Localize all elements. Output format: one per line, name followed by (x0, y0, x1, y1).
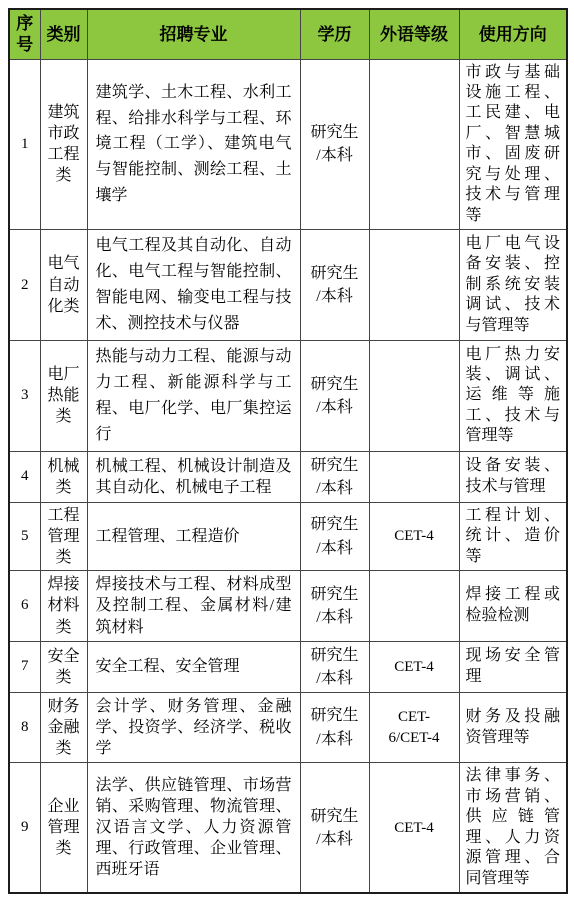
table-row: 4 机械类 机械工程、机械设计制造及其自动化、机械电子工程 研究生 /本科 设备… (9, 451, 567, 502)
header-category: 类别 (40, 9, 87, 59)
cell-language-level (369, 571, 459, 641)
cell-direction: 工程计划、统计、造价等 (459, 502, 567, 570)
table-row: 2 电气自动化类 电气工程及其自动化、自动化、电气工程与智能控制、智能电网、输变… (9, 230, 567, 341)
cell-education: 研究生 /本科 (300, 641, 369, 692)
cell-serial-number: 5 (9, 502, 40, 570)
cell-language-level (369, 451, 459, 502)
cell-serial-number: 8 (9, 692, 40, 762)
cell-direction: 设备安装、技术与管理 (459, 451, 567, 502)
cell-education: 研究生 /本科 (300, 692, 369, 762)
header-education: 学历 (300, 9, 369, 59)
cell-majors: 热能与动力工程、能源与动力工程、新能源科学与工程、电厂化学、电厂集控运行 (87, 340, 300, 451)
cell-majors: 电气工程及其自动化、自动化、电气工程与智能控制、智能电网、输变电工程与技术、测控… (87, 230, 300, 341)
table-body: 1 建筑市政工程类 建筑学、土木工程、水利工程、给排水科学与工程、环境工程（工学… (9, 59, 567, 893)
recruitment-table-page: 序号 类别 招聘专业 学历 外语等级 使用方向 1 建筑市政工程类 建筑学、土木… (0, 0, 574, 898)
cell-category: 电厂热能类 (40, 340, 87, 451)
cell-serial-number: 1 (9, 59, 40, 230)
cell-category: 建筑市政工程类 (40, 59, 87, 230)
cell-education: 研究生 /本科 (300, 502, 369, 570)
cell-majors: 建筑学、土木工程、水利工程、给排水科学与工程、环境工程（工学）、建筑电气与智能控… (87, 59, 300, 230)
cell-majors: 法学、供应链管理、市场营销、采购管理、物流管理、汉语言文学、人力资源管理、行政管… (87, 763, 300, 893)
cell-direction: 电厂热力安装、调试、运维等施工、技术与管理等 (459, 340, 567, 451)
cell-category: 焊接材料类 (40, 571, 87, 641)
cell-majors: 机械工程、机械设计制造及其自动化、机械电子工程 (87, 451, 300, 502)
table-row: 8 财务金融类 会计学、财务管理、金融学、投资学、经济学、税收学 研究生 /本科… (9, 692, 567, 762)
cell-education: 研究生 /本科 (300, 451, 369, 502)
cell-direction: 法律事务、市场营销、供应链管理、人力资源管理、合同管理等 (459, 763, 567, 893)
recruitment-table: 序号 类别 招聘专业 学历 外语等级 使用方向 1 建筑市政工程类 建筑学、土木… (8, 8, 568, 894)
cell-education: 研究生 /本科 (300, 340, 369, 451)
table-header: 序号 类别 招聘专业 学历 外语等级 使用方向 (9, 9, 567, 59)
cell-category: 电气自动化类 (40, 230, 87, 341)
cell-language-level: CET-4 (369, 641, 459, 692)
cell-serial-number: 7 (9, 641, 40, 692)
cell-category: 企业管理类 (40, 763, 87, 893)
header-majors: 招聘专业 (87, 9, 300, 59)
table-row: 6 焊接材料类 焊接技术与工程、材料成型及控制工程、金属材料/建筑材料 研究生 … (9, 571, 567, 641)
cell-language-level: CET- 6/CET-4 (369, 692, 459, 762)
cell-category: 工程管理类 (40, 502, 87, 570)
table-row: 7 安全类 安全工程、安全管理 研究生 /本科 CET-4 现场安全管理 (9, 641, 567, 692)
cell-direction: 电厂电气设备安装、控制系统安装调试、技术与管理等 (459, 230, 567, 341)
cell-direction: 焊接工程或检验检测 (459, 571, 567, 641)
cell-education: 研究生 /本科 (300, 763, 369, 893)
cell-language-level (369, 59, 459, 230)
page: { "colors": { "header_bg": "#8dc63f", "b… (0, 0, 574, 898)
cell-language-level (369, 230, 459, 341)
cell-language-level: CET-4 (369, 763, 459, 893)
cell-majors: 焊接技术与工程、材料成型及控制工程、金属材料/建筑材料 (87, 571, 300, 641)
cell-category: 机械类 (40, 451, 87, 502)
cell-language-level: CET-4 (369, 502, 459, 570)
cell-direction: 财务及投融资管理等 (459, 692, 567, 762)
header-row: 序号 类别 招聘专业 学历 外语等级 使用方向 (9, 9, 567, 59)
table-row: 1 建筑市政工程类 建筑学、土木工程、水利工程、给排水科学与工程、环境工程（工学… (9, 59, 567, 230)
cell-education: 研究生 /本科 (300, 571, 369, 641)
table-row: 9 企业管理类 法学、供应链管理、市场营销、采购管理、物流管理、汉语言文学、人力… (9, 763, 567, 893)
cell-majors: 安全工程、安全管理 (87, 641, 300, 692)
cell-serial-number: 4 (9, 451, 40, 502)
cell-category: 安全类 (40, 641, 87, 692)
cell-language-level (369, 340, 459, 451)
cell-education: 研究生 /本科 (300, 59, 369, 230)
table-row: 5 工程管理类 工程管理、工程造价 研究生 /本科 CET-4 工程计划、统计、… (9, 502, 567, 570)
cell-serial-number: 6 (9, 571, 40, 641)
header-direction: 使用方向 (459, 9, 567, 59)
cell-majors: 工程管理、工程造价 (87, 502, 300, 570)
cell-education: 研究生 /本科 (300, 230, 369, 341)
header-language-level: 外语等级 (369, 9, 459, 59)
table-row: 3 电厂热能类 热能与动力工程、能源与动力工程、新能源科学与工程、电厂化学、电厂… (9, 340, 567, 451)
cell-serial-number: 3 (9, 340, 40, 451)
cell-direction: 市政与基础设施工程、工民建、电厂、智慧城市、固废研究与处理、技术与管理等 (459, 59, 567, 230)
cell-majors: 会计学、财务管理、金融学、投资学、经济学、税收学 (87, 692, 300, 762)
cell-direction: 现场安全管理 (459, 641, 567, 692)
header-serial-number: 序号 (9, 9, 40, 59)
cell-category: 财务金融类 (40, 692, 87, 762)
cell-serial-number: 2 (9, 230, 40, 341)
cell-serial-number: 9 (9, 763, 40, 893)
